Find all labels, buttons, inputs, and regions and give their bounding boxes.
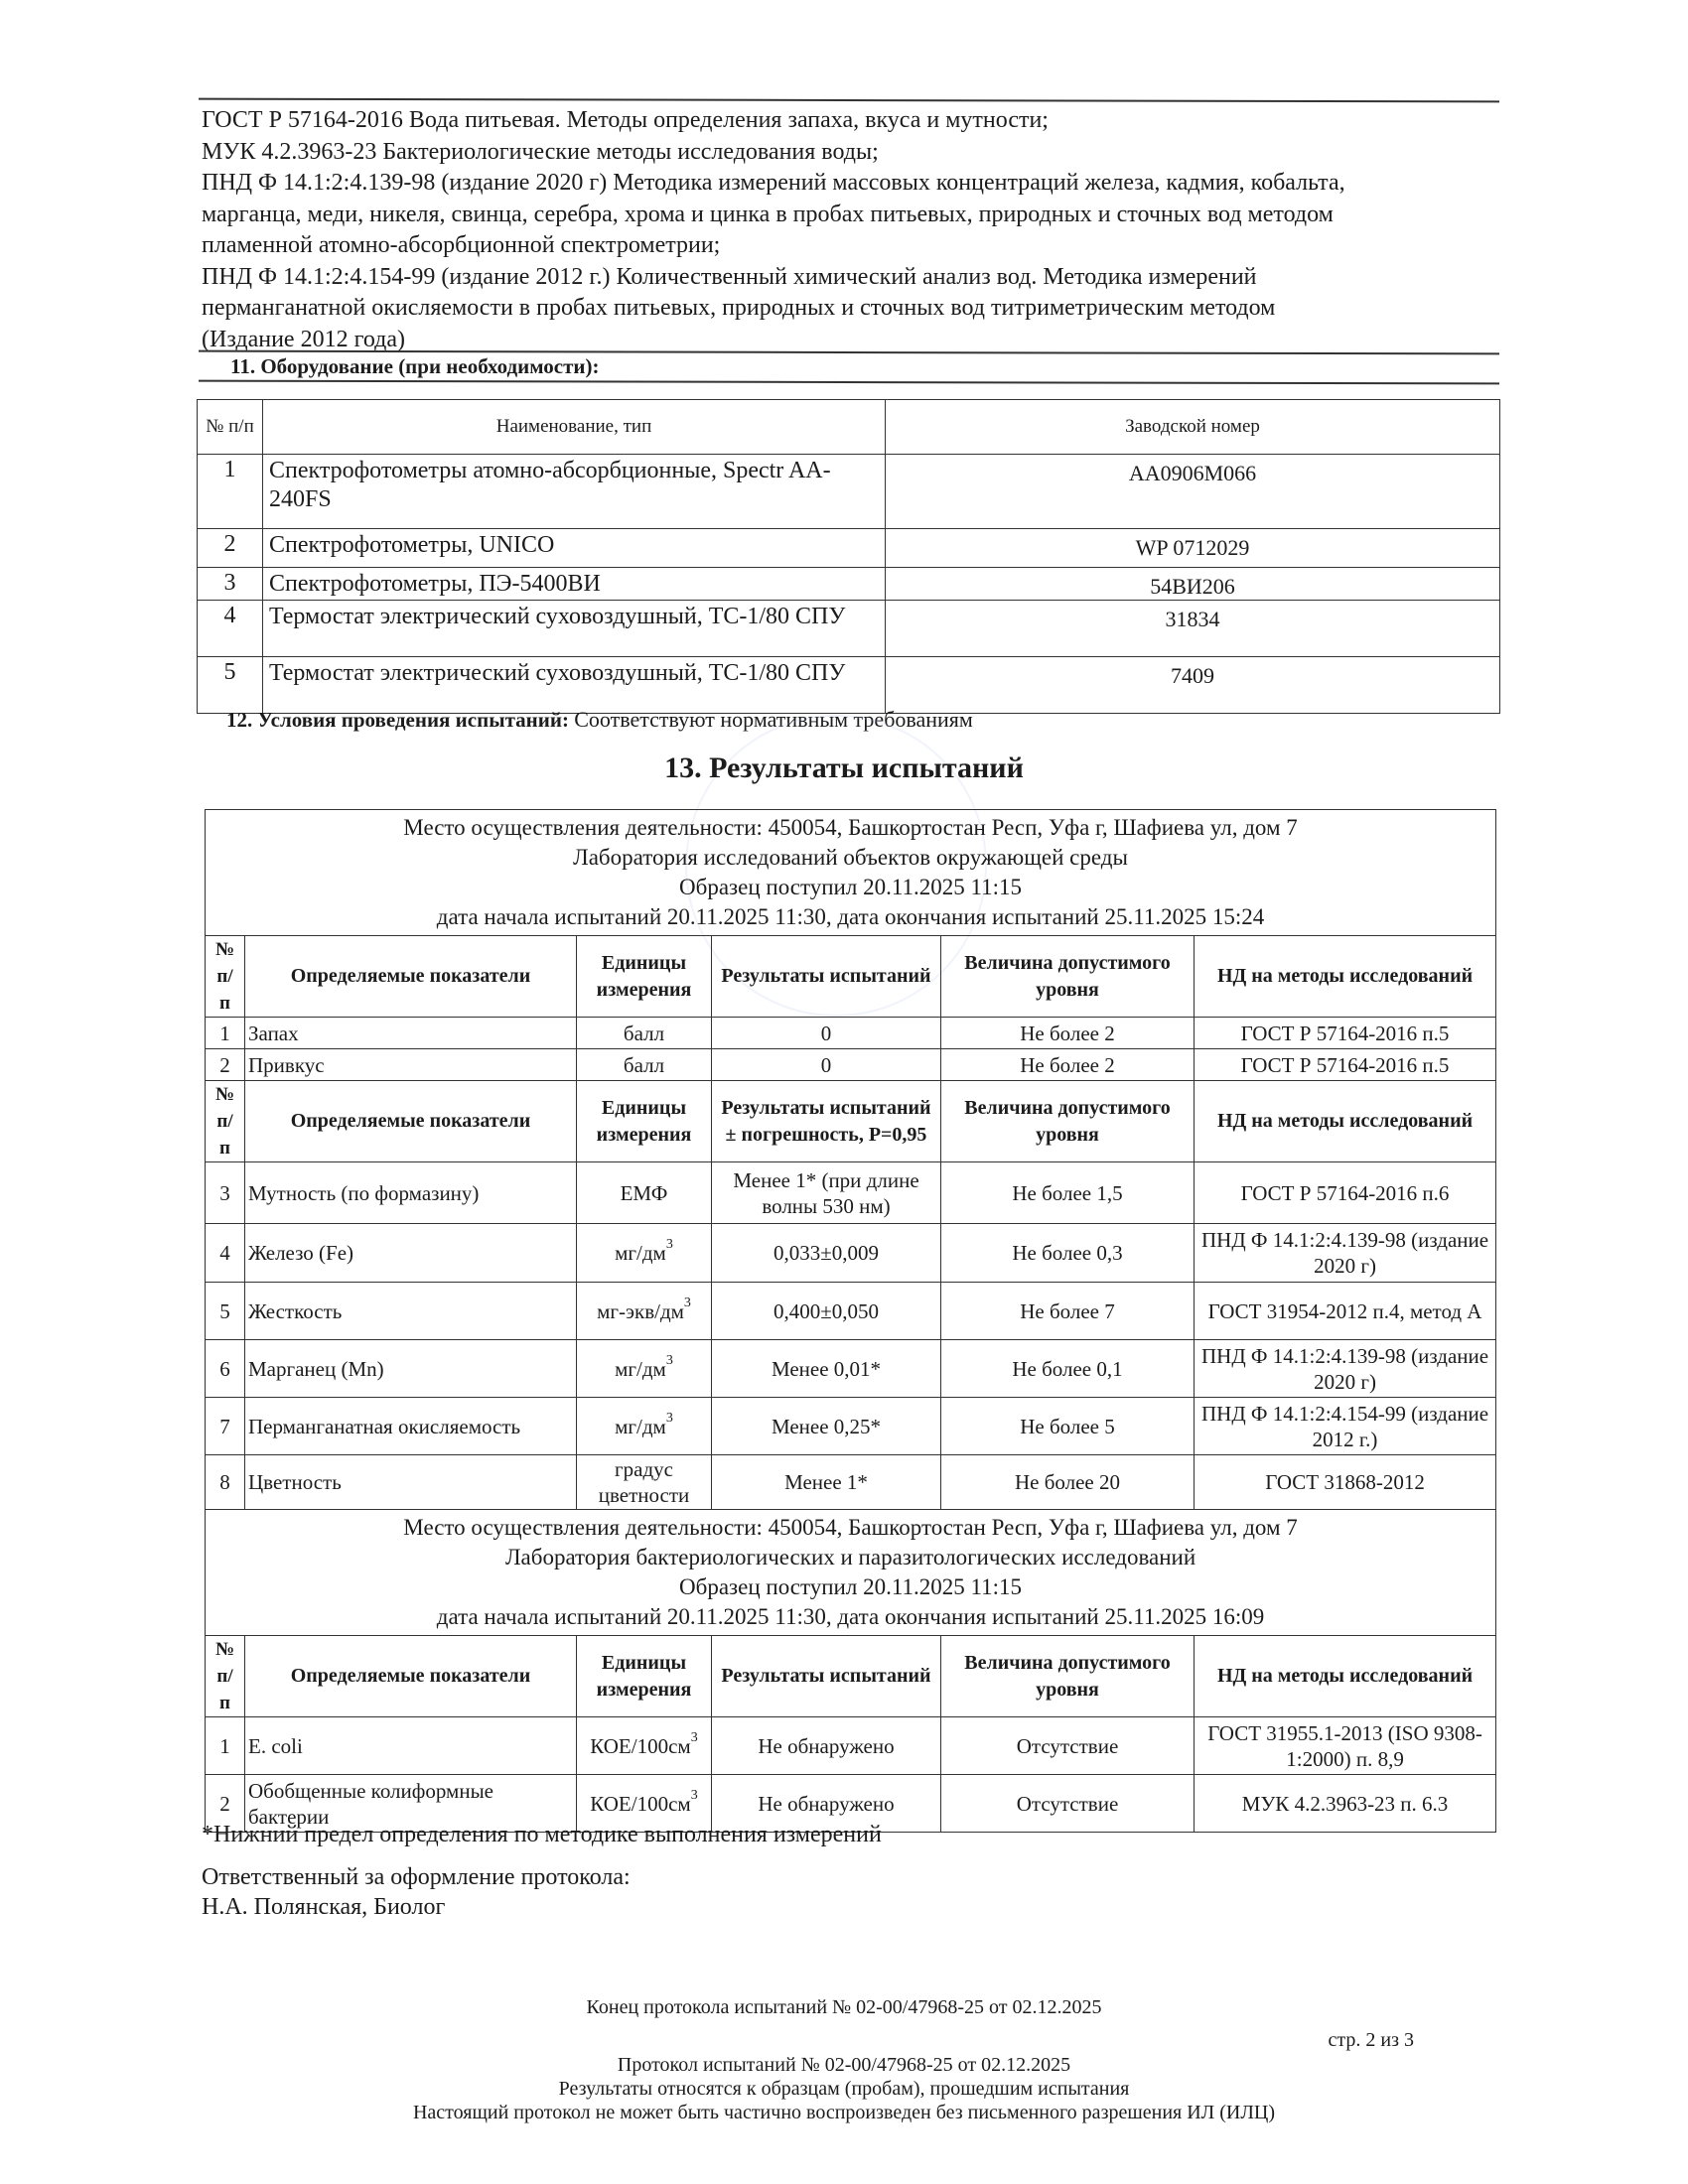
equipment-num: 4 — [198, 601, 263, 657]
units-text: мг-экв/дм — [597, 1299, 684, 1323]
row-indicator: Перманганатная окисляемость — [245, 1398, 577, 1455]
row-num: 8 — [206, 1455, 245, 1510]
methods-list: ГОСТ Р 57164-2016 Вода питьевая. Методы … — [202, 105, 1492, 355]
equipment-name: Спектрофотометры, UNICO — [263, 529, 886, 568]
section-12-label: 12. Условия проведения испытаний: — [226, 708, 569, 732]
results-header-row: № п/пОпределяемые показателиЕдиницы изме… — [206, 936, 1496, 1018]
header-limit: Величина допустимого уровня — [941, 1636, 1195, 1717]
header-method: НД на методы исследований — [1195, 1636, 1496, 1717]
units-superscript: 3 — [684, 1296, 691, 1310]
equipment-serial: WP 0712029 — [886, 529, 1500, 568]
results-header-row: № п/пОпределяемые показателиЕдиницы изме… — [206, 1081, 1496, 1162]
top-rule — [199, 98, 1499, 103]
row-limit: Не более 20 — [941, 1455, 1195, 1510]
row-result: Менее 0,25* — [712, 1398, 941, 1455]
equipment-header-row: № п/п Наименование, тип Заводской номер — [198, 400, 1500, 455]
header-num: № п/п — [206, 1636, 245, 1717]
equipment-serial: 31834 — [886, 601, 1500, 657]
equipment-row: 1Спектрофотометры атомно-абсорбционные, … — [198, 455, 1500, 529]
methods-line: пламенной атомно-абсорбционной спектроме… — [202, 230, 1492, 262]
row-units: ЕМФ — [577, 1162, 712, 1224]
footer-line: Настоящий протокол не может быть частичн… — [0, 2101, 1688, 2124]
equipment-serial: 54ВИ206 — [886, 568, 1500, 601]
units-superscript: 3 — [691, 1730, 698, 1745]
results-header-row: № п/пОпределяемые показателиЕдиницы изме… — [206, 1636, 1496, 1717]
row-indicator: Привкус — [245, 1049, 577, 1081]
row-num: 3 — [206, 1162, 245, 1224]
footer-line: Результаты относятся к образцам (пробам)… — [0, 2077, 1688, 2101]
results-row: 1Запахбалл0Не более 2ГОСТ Р 57164-2016 п… — [206, 1018, 1496, 1049]
section-11-title: 11. Оборудование (при необходимости): — [230, 354, 600, 379]
row-units: мг/дм3 — [577, 1340, 712, 1398]
header-num: № п/п — [206, 1081, 245, 1162]
units-text: градус цветности — [599, 1457, 690, 1507]
lab-info-cell: Место осуществления деятельности: 450054… — [206, 1510, 1496, 1636]
row-result: 0,033±0,009 — [712, 1224, 941, 1283]
row-units: градус цветности — [577, 1455, 712, 1510]
row-num: 2 — [206, 1049, 245, 1081]
row-limit: Не более 0,1 — [941, 1340, 1195, 1398]
row-limit: Не более 2 — [941, 1049, 1195, 1081]
section-12: 12. Условия проведения испытаний: Соотве… — [226, 707, 973, 733]
row-indicator: Мутность (по формазину) — [245, 1162, 577, 1224]
results-row: 4Железо (Fe)мг/дм30,033±0,009Не более 0,… — [206, 1224, 1496, 1283]
lab-info-row: Место осуществления деятельности: 450054… — [206, 810, 1496, 936]
equipment-num: 5 — [198, 657, 263, 714]
lab-info-line: Место осуществления деятельности: 450054… — [206, 813, 1495, 843]
page-number: стр. 2 из 3 — [1329, 2029, 1414, 2052]
row-units: мг-экв/дм3 — [577, 1283, 712, 1340]
row-units: балл — [577, 1018, 712, 1049]
equipment-name: Спектрофотометры, ПЭ-5400ВИ — [263, 568, 886, 601]
row-num: 1 — [206, 1018, 245, 1049]
results-row: 2Привкусбалл0Не более 2ГОСТ Р 57164-2016… — [206, 1049, 1496, 1081]
row-result: Менее 1* (при длине волны 530 нм) — [712, 1162, 941, 1224]
methods-line: МУК 4.2.3963-23 Бактериологические метод… — [202, 137, 1492, 169]
equipment-name: Термостат электрический суховоздушный, Т… — [263, 601, 886, 657]
header-indicator: Определяемые показатели — [245, 936, 577, 1018]
lab-info-cell: Место осуществления деятельности: 450054… — [206, 810, 1496, 936]
header-units: Единицы измерения — [577, 936, 712, 1018]
row-limit: Не более 1,5 — [941, 1162, 1195, 1224]
row-limit: Отсутствие — [941, 1775, 1195, 1833]
row-result: Менее 1* — [712, 1455, 941, 1510]
end-of-protocol: Конец протокола испытаний № 02-00/47968-… — [0, 1996, 1688, 2019]
units-text: балл — [624, 1022, 664, 1045]
equipment-name: Термостат электрический суховоздушный, Т… — [263, 657, 886, 714]
results-row: 1E. coliКОЕ/100см3Не обнаруженоОтсутстви… — [206, 1717, 1496, 1775]
methods-line: ГОСТ Р 57164-2016 Вода питьевая. Методы … — [202, 105, 1492, 137]
row-method: ГОСТ Р 57164-2016 п.5 — [1195, 1018, 1496, 1049]
row-result: 0 — [712, 1018, 941, 1049]
header-units: Единицы измерения — [577, 1636, 712, 1717]
header-indicator: Определяемые показатели — [245, 1636, 577, 1717]
units-text: КОЕ/100см — [590, 1792, 690, 1816]
equipment-row: 4Термостат электрический суховоздушный, … — [198, 601, 1500, 657]
equipment-num: 3 — [198, 568, 263, 601]
responsible-name: Н.А. Полянская, Биолог — [202, 1892, 631, 1922]
row-num: 4 — [206, 1224, 245, 1283]
row-result: Не обнаружено — [712, 1717, 941, 1775]
row-limit: Отсутствие — [941, 1717, 1195, 1775]
row-num: 6 — [206, 1340, 245, 1398]
header-limit: Величина допустимого уровня — [941, 936, 1195, 1018]
equipment-serial: AA0906M066 — [886, 455, 1500, 529]
equipment-row: 2Спектрофотометры, UNICOWP 0712029 — [198, 529, 1500, 568]
header-num: № п/п — [198, 400, 263, 455]
units-text: мг/дм — [615, 1241, 666, 1265]
lab-info-line: дата начала испытаний 20.11.2025 11:30, … — [206, 1602, 1495, 1632]
results-row: 7Перманганатная окисляемостьмг/дм3Менее … — [206, 1398, 1496, 1455]
footer-line: Протокол испытаний № 02-00/47968-25 от 0… — [0, 2053, 1688, 2077]
header-result: Результаты испытаний — [712, 1636, 941, 1717]
section-12-value: Соответствуют нормативным требованиям — [574, 707, 973, 732]
row-units: балл — [577, 1049, 712, 1081]
methods-line: марганца, меди, никеля, свинца, серебра,… — [202, 200, 1492, 231]
results-row: 3Мутность (по формазину)ЕМФМенее 1* (при… — [206, 1162, 1496, 1224]
equipment-name: Спектрофотометры атомно-абсорбционные, S… — [263, 455, 886, 529]
results-row: 8Цветностьградус цветностиМенее 1*Не бол… — [206, 1455, 1496, 1510]
row-method: ПНД Ф 14.1:2:4.139-98 (издание 2020 г) — [1195, 1340, 1496, 1398]
row-units: мг/дм3 — [577, 1398, 712, 1455]
row-result: 0 — [712, 1049, 941, 1081]
header-limit: Величина допустимого уровня — [941, 1081, 1195, 1162]
lab-info-line: Лаборатория исследований объектов окружа… — [206, 843, 1495, 873]
row-indicator: E. coli — [245, 1717, 577, 1775]
row-method: ПНД Ф 14.1:2:4.139-98 (издание 2020 г) — [1195, 1224, 1496, 1283]
row-num: 7 — [206, 1398, 245, 1455]
header-serial: Заводской номер — [886, 400, 1500, 455]
lab-info-line: дата начала испытаний 20.11.2025 11:30, … — [206, 902, 1495, 932]
row-num: 5 — [206, 1283, 245, 1340]
responsible-label: Ответственный за оформление протокола: — [202, 1862, 631, 1892]
lab-info-line: Лаборатория бактериологических и паразит… — [206, 1543, 1495, 1572]
row-limit: Не более 5 — [941, 1398, 1195, 1455]
equipment-table: № п/п Наименование, тип Заводской номер … — [197, 399, 1500, 714]
methods-line: ПНД Ф 14.1:2:4.139-98 (издание 2020 г) М… — [202, 168, 1492, 200]
results-table: Место осуществления деятельности: 450054… — [205, 809, 1496, 1833]
row-units: КОЕ/100см3 — [577, 1717, 712, 1775]
responsible-block: Ответственный за оформление протокола: Н… — [202, 1862, 631, 1922]
header-units: Единицы измерения — [577, 1081, 712, 1162]
results-row: 6Марганец (Mn)мг/дм3Менее 0,01*Не более … — [206, 1340, 1496, 1398]
units-text: мг/дм — [615, 1357, 666, 1381]
row-indicator: Железо (Fe) — [245, 1224, 577, 1283]
row-method: ГОСТ Р 57164-2016 п.5 — [1195, 1049, 1496, 1081]
row-method: ГОСТ 31868-2012 — [1195, 1455, 1496, 1510]
units-text: КОЕ/100см — [590, 1734, 690, 1758]
row-method: ГОСТ Р 57164-2016 п.6 — [1195, 1162, 1496, 1224]
row-units: мг/дм3 — [577, 1224, 712, 1283]
page-footer: Протокол испытаний № 02-00/47968-25 от 0… — [0, 2053, 1688, 2124]
row-method: ГОСТ 31955.1-2013 (ISO 9308-1:2000) п. 8… — [1195, 1717, 1496, 1775]
row-limit: Не более 0,3 — [941, 1224, 1195, 1283]
row-indicator: Запах — [245, 1018, 577, 1049]
equipment-row: 5Термостат электрический суховоздушный, … — [198, 657, 1500, 714]
units-superscript: 3 — [691, 1788, 698, 1803]
equipment-row: 3Спектрофотометры, ПЭ-5400ВИ54ВИ206 — [198, 568, 1500, 601]
equipment-num: 2 — [198, 529, 263, 568]
row-num: 1 — [206, 1717, 245, 1775]
methods-line: перманганатной окисляемости в пробах пит… — [202, 293, 1492, 325]
lab-info-line: Место осуществления деятельности: 450054… — [206, 1513, 1495, 1543]
methods-line: ПНД Ф 14.1:2:4.154-99 (издание 2012 г.) … — [202, 262, 1492, 294]
units-superscript: 3 — [666, 1411, 673, 1426]
header-name: Наименование, тип — [263, 400, 886, 455]
units-text: ЕМФ — [621, 1181, 668, 1205]
header-result: Результаты испытаний ± погрешность, P=0,… — [712, 1081, 941, 1162]
row-indicator: Цветность — [245, 1455, 577, 1510]
lab-info-line: Образец поступил 20.11.2025 11:15 — [206, 873, 1495, 902]
section-11-rule — [199, 380, 1499, 385]
header-method: НД на методы исследований — [1195, 1081, 1496, 1162]
units-text: мг/дм — [615, 1415, 666, 1438]
row-limit: Не более 2 — [941, 1018, 1195, 1049]
row-limit: Не более 7 — [941, 1283, 1195, 1340]
header-indicator: Определяемые показатели — [245, 1081, 577, 1162]
row-indicator: Марганец (Mn) — [245, 1340, 577, 1398]
lab-info-line: Образец поступил 20.11.2025 11:15 — [206, 1572, 1495, 1602]
lab-info-row: Место осуществления деятельности: 450054… — [206, 1510, 1496, 1636]
equipment-num: 1 — [198, 455, 263, 529]
header-result: Результаты испытаний — [712, 936, 941, 1018]
protocol-page: ГОСТ Р 57164-2016 Вода питьевая. Методы … — [0, 0, 1688, 2184]
results-row: 5Жесткостьмг-экв/дм30,400±0,050Не более … — [206, 1283, 1496, 1340]
row-result: 0,400±0,050 — [712, 1283, 941, 1340]
footnote: *Нижний предел определения по методике в… — [202, 1822, 882, 1848]
row-method: ПНД Ф 14.1:2:4.154-99 (издание 2012 г.) — [1195, 1398, 1496, 1455]
row-method: ГОСТ 31954-2012 п.4, метод А — [1195, 1283, 1496, 1340]
row-method: МУК 4.2.3963-23 п. 6.3 — [1195, 1775, 1496, 1833]
row-indicator: Жесткость — [245, 1283, 577, 1340]
section-13-title: 13. Результаты испытаний — [0, 751, 1688, 785]
row-result: Менее 0,01* — [712, 1340, 941, 1398]
units-superscript: 3 — [666, 1353, 673, 1368]
units-text: балл — [624, 1053, 664, 1077]
header-method: НД на методы исследований — [1195, 936, 1496, 1018]
equipment-serial: 7409 — [886, 657, 1500, 714]
header-num: № п/п — [206, 936, 245, 1018]
units-superscript: 3 — [666, 1237, 673, 1252]
